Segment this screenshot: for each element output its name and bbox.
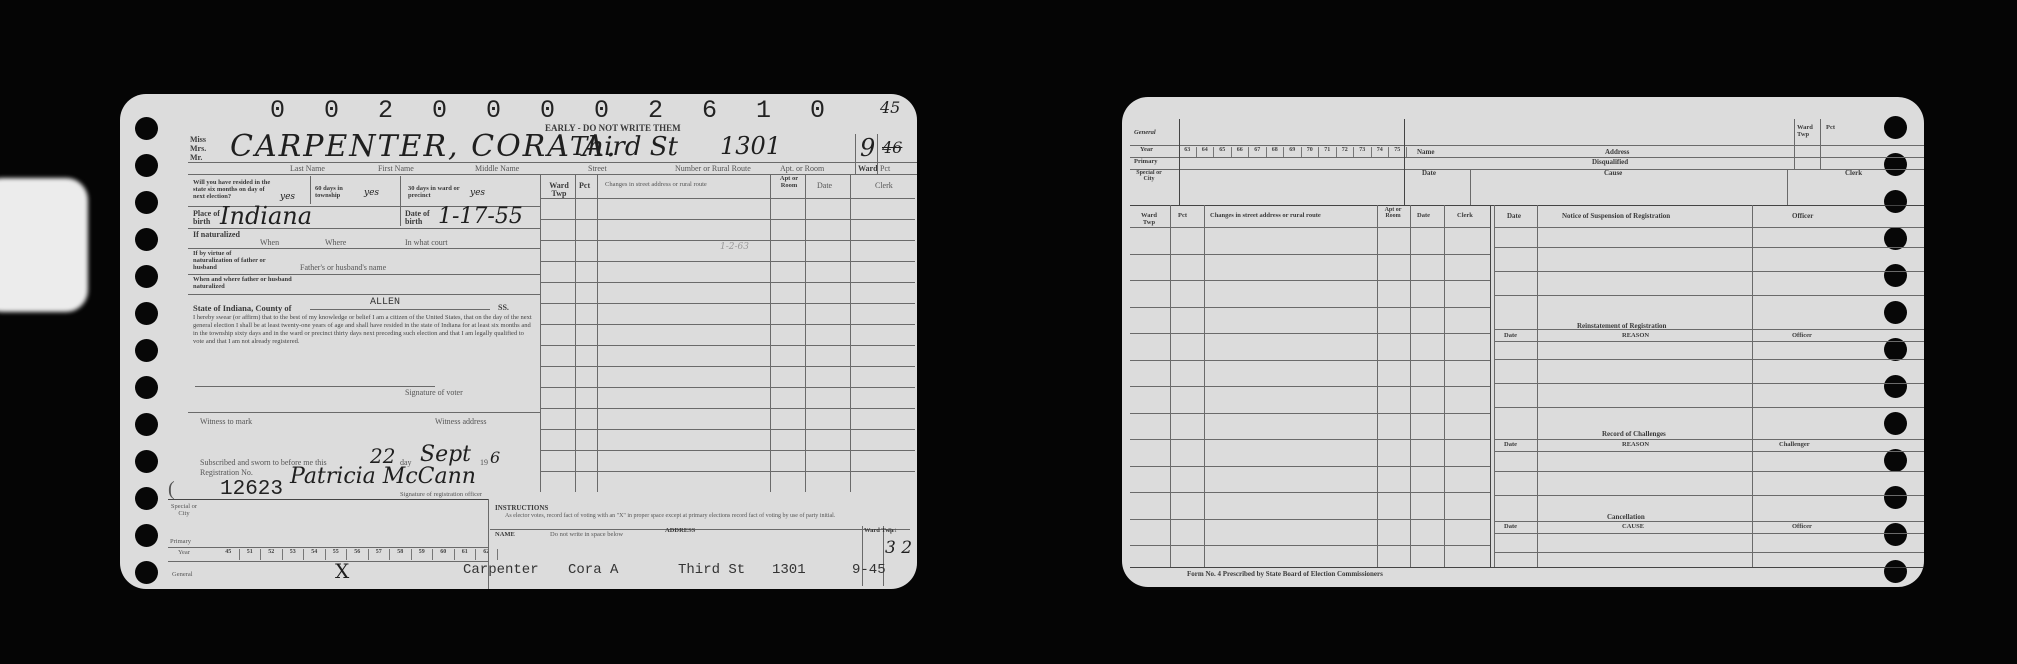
instructions-heading: INSTRUCTIONS xyxy=(495,505,548,512)
table-row-line xyxy=(1494,271,1924,272)
punch-hole xyxy=(135,561,158,584)
table-row-line xyxy=(1494,341,1924,342)
suspension-title-header: Notice of Suspension of Registration xyxy=(1562,213,1670,220)
when-where-label: When and where father or husband natural… xyxy=(193,277,293,291)
year-cell: 45 xyxy=(218,549,240,560)
by-virtue-label: If by virtue of naturalization of father… xyxy=(193,251,268,271)
registration-label: Registration No. xyxy=(200,469,253,477)
oath-heading: State of Indiana, County of xyxy=(193,304,291,313)
birthplace-value: Indiana xyxy=(220,202,312,230)
birthdate-value: 1-17-55 xyxy=(438,204,523,229)
year-cell: 64 xyxy=(1197,147,1215,157)
voter-signature-label: Signature of voter xyxy=(405,389,463,397)
table-row-line xyxy=(540,450,915,451)
township-answer: yes xyxy=(364,188,379,198)
year-cell: 53 xyxy=(283,549,305,560)
back-row-primary: Primary xyxy=(1134,159,1157,166)
table-row-line xyxy=(1494,383,1924,384)
table-row-line xyxy=(1130,519,1490,520)
back-date-label: Date xyxy=(1422,170,1436,177)
changes-header-pct: Pct xyxy=(579,182,590,190)
table-row-line xyxy=(1494,407,1924,408)
punch-hole xyxy=(135,191,158,214)
table-row-line xyxy=(1494,521,1924,522)
punch-hole xyxy=(135,154,158,177)
middle-name-label: Middle Name xyxy=(475,165,519,173)
back-pct-label: Pct xyxy=(1826,125,1835,132)
table-row-line xyxy=(540,471,915,472)
reinstatement-reason-header: REASON xyxy=(1622,333,1649,340)
do-not-write-label: Do not write in space below xyxy=(550,532,623,539)
vote-row-year: Year xyxy=(178,550,190,557)
punch-hole xyxy=(1884,116,1907,139)
instructions-name-label: NAME xyxy=(495,532,515,539)
table-row-line xyxy=(540,429,915,430)
cancellation-officer-header: Officer xyxy=(1792,524,1812,531)
county-value: ALLEN xyxy=(370,297,400,308)
reinstatement-officer-header: Officer xyxy=(1792,333,1812,340)
naturalized-court-label: In what court xyxy=(405,239,448,247)
changes-header-apt: Apt or Room xyxy=(775,176,803,190)
year-cell: 65 xyxy=(1214,147,1232,157)
table-row-line xyxy=(1494,495,1924,496)
apt-label: Apt. or Room xyxy=(780,165,824,173)
table-row-line xyxy=(540,219,915,220)
father-name-label: Father's or husband's name xyxy=(300,264,386,272)
punch-hole xyxy=(1884,375,1907,398)
year-cell: 56 xyxy=(347,549,369,560)
year-cell: 62 xyxy=(476,549,498,560)
punch-hole xyxy=(1884,486,1907,509)
changes-header-clerk: Clerk xyxy=(875,182,893,190)
table-row-line xyxy=(1494,439,1924,440)
instructions-pct-label: Pct xyxy=(888,528,896,535)
table-row-line xyxy=(540,345,915,346)
back-cause-label: Cause xyxy=(1604,170,1622,177)
pct-new-value: 45 xyxy=(880,98,900,117)
year-prefix: 19 xyxy=(480,459,488,467)
table-row-line xyxy=(540,240,915,241)
first-name-label: First Name xyxy=(378,165,414,173)
punch-hole xyxy=(135,339,158,362)
edge-mark: ( xyxy=(168,479,175,500)
table-row-line xyxy=(1494,451,1924,452)
challenges-title: Record of Challenges xyxy=(1602,431,1666,438)
blurred-object xyxy=(0,178,88,312)
serial-number: 0 0 2 0 0 0 0 2 6 1 0 xyxy=(270,96,837,125)
residency-question: Will you have resided in the state six m… xyxy=(193,180,273,200)
changes-header-ward: Ward Twp xyxy=(544,182,574,199)
table-row-line xyxy=(1130,386,1490,387)
table-row-line xyxy=(540,198,915,199)
year-cell: 68 xyxy=(1267,147,1285,157)
number-value: 1301 xyxy=(720,132,781,160)
table-row-line xyxy=(540,366,915,367)
year-cell: 69 xyxy=(1284,147,1302,157)
table-row-line xyxy=(1130,466,1490,467)
oath-text: I hereby swear (or affirm) that to the b… xyxy=(193,314,533,347)
year-cell: 66 xyxy=(1232,147,1250,157)
vote-row-special: Special or City xyxy=(170,504,198,518)
pct-struck-value: 46 xyxy=(882,138,902,157)
table-row-line xyxy=(1494,552,1924,553)
table-row-line xyxy=(1494,227,1924,228)
witness-address-label: Witness address xyxy=(435,418,486,426)
registration-number: 12623 xyxy=(220,478,283,501)
table-row-line xyxy=(540,408,915,409)
challenges-date-header: Date xyxy=(1504,442,1517,449)
table-row-line xyxy=(1494,471,1924,472)
general-vote-mark: X xyxy=(335,559,349,583)
back-row-general: General xyxy=(1134,130,1156,137)
year-cell: 61 xyxy=(455,549,477,560)
registration-card-front: 0 0 2 0 0 0 0 2 6 1 0 EARLY - DO NOT WRI… xyxy=(120,94,917,589)
punch-hole xyxy=(1884,412,1907,435)
year-cell: 63 xyxy=(1179,147,1197,157)
typed-number: 1301 xyxy=(772,562,806,578)
naturalized-label: If naturalized xyxy=(193,231,248,239)
table-row-line xyxy=(1130,360,1490,361)
table-row-line xyxy=(1130,333,1490,334)
table-row-line xyxy=(1494,359,1924,360)
back-name-label: Name xyxy=(1417,149,1435,156)
typed-last-name: Carpenter xyxy=(463,562,539,578)
vote-row-general: General xyxy=(172,572,193,579)
birthplace-label: Place of birth xyxy=(193,210,221,227)
table-row-line xyxy=(540,324,915,325)
back-row-year: Year xyxy=(1140,147,1153,154)
table-row-line xyxy=(1130,307,1490,308)
punch-hole xyxy=(135,302,158,325)
ward-label: Ward xyxy=(858,165,878,173)
back-disqualified-label: Disqualified xyxy=(1592,159,1628,166)
challenges-challenger-header: Challenger xyxy=(1779,442,1810,449)
witness-label: Witness to mark xyxy=(200,418,252,426)
punch-hole xyxy=(135,413,158,436)
year-cell: 51 xyxy=(240,549,262,560)
table-row-line xyxy=(540,261,915,262)
birthdate-label: Date of birth xyxy=(405,210,433,227)
handwritten-pct: 3 2 xyxy=(885,538,912,558)
year-cell: 74 xyxy=(1372,147,1390,157)
cancellation-cause-header: CAUSE xyxy=(1622,524,1644,531)
punch-hole xyxy=(1884,560,1907,583)
street-label: Street xyxy=(588,165,607,173)
reinstatement-date-header: Date xyxy=(1504,333,1517,340)
registration-card-back: General Year Primary Special or City 636… xyxy=(1122,97,1924,587)
vote-year-row: 45515253545556575859606162 xyxy=(218,549,498,560)
year-cell: 73 xyxy=(1354,147,1372,157)
back-changes-date: Date xyxy=(1417,213,1430,220)
voter-name: CARPENTER, CORA A. xyxy=(230,129,618,164)
typed-street: Third St xyxy=(678,562,745,578)
punch-hole xyxy=(1884,523,1907,546)
table-row-line xyxy=(1130,227,1490,228)
table-row-line xyxy=(1130,413,1490,414)
precinct-answer: yes xyxy=(470,188,485,198)
faint-entry: 1-2-63 xyxy=(720,242,749,252)
year-cell: 70 xyxy=(1302,147,1320,157)
year-cell: 58 xyxy=(390,549,412,560)
street-value: Third St xyxy=(570,132,678,162)
instructions-address-label: ADDRESS xyxy=(665,528,695,535)
back-changes-ward: Ward Twp xyxy=(1136,213,1162,227)
punch-hole xyxy=(1884,190,1907,213)
punch-hole xyxy=(1884,264,1907,287)
punch-hole xyxy=(1884,301,1907,324)
year-cell: 52 xyxy=(261,549,283,560)
naturalized-when-label: When xyxy=(260,239,279,247)
back-clerk-label: Clerk xyxy=(1845,170,1862,177)
punch-hole xyxy=(1884,449,1907,472)
back-year-row: 63646566676869707172737475 xyxy=(1179,147,1407,157)
last-name-label: Last Name xyxy=(290,165,325,173)
back-changes-clerk: Clerk xyxy=(1457,213,1473,220)
punch-hole xyxy=(135,228,158,251)
ward-value: 9 xyxy=(860,134,875,162)
punch-hole xyxy=(135,117,158,140)
officer-signature: Patricia McCann xyxy=(290,464,476,489)
table-row-line xyxy=(540,282,915,283)
typed-first-name: Cora A xyxy=(568,562,618,578)
number-label: Number or Rural Route xyxy=(675,165,751,173)
table-row-line xyxy=(1130,280,1490,281)
punch-hole xyxy=(135,265,158,288)
table-row-line xyxy=(1494,247,1924,248)
typed-ward-pct: 9-45 xyxy=(852,562,886,578)
table-row-line xyxy=(1494,329,1924,330)
suspension-date-header: Date xyxy=(1507,213,1521,220)
changes-header-date: Date xyxy=(817,182,832,190)
ss-label: SS. xyxy=(498,304,509,312)
table-row-line xyxy=(540,387,915,388)
pct-label: Pct xyxy=(880,165,890,173)
year-value: 6 xyxy=(490,448,500,467)
back-address-label: Address xyxy=(1605,149,1629,156)
back-changes-apt: Apt or Room xyxy=(1380,207,1406,220)
year-cell: 71 xyxy=(1319,147,1337,157)
back-row-special: Special or City xyxy=(1134,170,1164,183)
year-cell: 57 xyxy=(369,549,391,560)
instructions-text: As elector votes, record fact of voting … xyxy=(505,513,865,519)
changes-header-address: Changes in street address or rural route xyxy=(605,182,707,189)
table-row-line xyxy=(1130,545,1490,546)
suspension-officer-header: Officer xyxy=(1792,213,1813,220)
back-changes-pct: Pct xyxy=(1178,213,1187,220)
punch-hole xyxy=(135,376,158,399)
township-label: 60 days in township xyxy=(315,186,365,200)
punch-hole xyxy=(135,450,158,473)
back-changes-address: Changes in street address or rural route xyxy=(1210,213,1321,220)
year-cell: 72 xyxy=(1337,147,1355,157)
naturalized-where-label: Where xyxy=(325,239,346,247)
table-row-line xyxy=(1130,254,1490,255)
year-cell: 67 xyxy=(1249,147,1267,157)
year-cell: 60 xyxy=(433,549,455,560)
state-answer: yes xyxy=(280,192,295,202)
punch-hole xyxy=(135,524,158,547)
table-row-line xyxy=(1494,533,1924,534)
officer-signature-label: Signature of registration officer xyxy=(400,492,482,499)
punch-hole xyxy=(135,487,158,510)
vote-row-primary: Primary xyxy=(170,539,191,546)
table-row-line xyxy=(1494,295,1924,296)
table-row-line xyxy=(1130,439,1490,440)
back-ward-label: Ward Twp xyxy=(1797,125,1819,139)
table-row-line xyxy=(1130,492,1490,493)
form-footer: Form No. 4 Prescribed by State Board of … xyxy=(1187,571,1383,578)
year-cell: 59 xyxy=(412,549,434,560)
challenges-reason-header: REASON xyxy=(1622,442,1649,449)
precinct-label: 30 days in ward or precinct xyxy=(408,186,468,200)
cancellation-date-header: Date xyxy=(1504,524,1517,531)
year-cell: 54 xyxy=(304,549,326,560)
table-row-line xyxy=(540,303,915,304)
